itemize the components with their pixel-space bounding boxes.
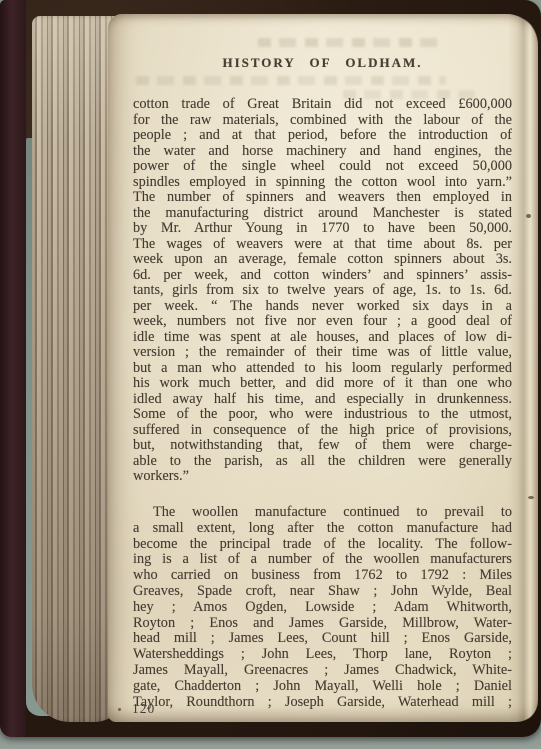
ink-speck	[118, 708, 121, 711]
text-line: able to the parish, as all the children …	[133, 454, 512, 470]
text-line: 6d. per week, and cotton winders’ and sp…	[133, 268, 512, 284]
text-line: become the principal trade of the locali…	[133, 537, 512, 553]
book-page-photo: HISTORY OF OLDHAM. cotton trade of Great…	[0, 0, 541, 749]
text-line: the manufacturing district around Manche…	[133, 206, 512, 222]
text-line: The number of spinners and weavers then …	[133, 190, 512, 206]
text-line: suffered in consequence of the high pric…	[133, 423, 512, 439]
text-line: per week. “ The hands never worked six d…	[133, 299, 512, 315]
page-number: 120	[132, 701, 155, 717]
text-line: idled away half his time, and especially…	[133, 392, 512, 408]
text-line: cotton trade of Great Britain did not ex…	[133, 97, 512, 113]
text-line: spindles employed in spinning the cotton…	[133, 175, 512, 191]
text-line: power of the single wheel could not exce…	[133, 159, 512, 175]
text-line: workers.”	[133, 469, 512, 485]
text-line: head mill ; James Lees, Count hill ; Eno…	[133, 631, 512, 647]
text-line: tants, girls from six to twelve years of…	[133, 283, 512, 299]
text-line: a small extent, long after the cotton ma…	[133, 521, 512, 537]
text-line: by Mr. Arthur Young in 1770 to have been…	[133, 221, 512, 237]
text-line: Some of the poor, who were industrious t…	[133, 407, 512, 423]
text-line: his work much better, and did more of it…	[133, 376, 512, 392]
ink-bleed-artifact	[136, 76, 446, 85]
text-line: for the raw materials, combined with the…	[133, 113, 512, 129]
text-line: week upon an average, female cotton spin…	[133, 252, 512, 268]
text-line: who carried on business from 1762 to 179…	[133, 568, 512, 584]
ink-speck	[528, 496, 534, 499]
text-line: but a man who attended to his loom regul…	[133, 361, 512, 377]
text-line: Greaves, Spade croft, near Shaw ; John W…	[133, 584, 512, 600]
text-line: Royton ; Enos and James Garside, Millbro…	[133, 616, 512, 632]
book-page: HISTORY OF OLDHAM. cotton trade of Great…	[108, 14, 538, 722]
text-line: James Mayall, Greenacres ; James Chadwic…	[133, 663, 512, 679]
text-line: The wages of weavers were at that time a…	[133, 237, 512, 253]
text-line: hey ; Amos Ogden, Lowside ; Adam Whitwor…	[133, 600, 512, 616]
body-paragraph-1: cotton trade of Great Britain did not ex…	[133, 97, 512, 485]
text-line: The woollen manufacture continued to pre…	[133, 505, 512, 521]
text-line: people ; and at that period, before the …	[133, 128, 512, 144]
text-line: week, numbers not five nor even four ; a…	[133, 314, 512, 330]
book-spine	[0, 0, 26, 737]
text-line: ing is a list of a number of the woollen…	[133, 552, 512, 568]
text-line: gate, Chadderton ; John Mayall, Welli ho…	[133, 679, 512, 695]
page-fore-edge	[508, 14, 538, 722]
text-line: but, notwithstanding that, few of them w…	[133, 438, 512, 454]
running-head: HISTORY OF OLDHAM.	[133, 55, 512, 71]
ink-bleed-artifact	[258, 38, 438, 47]
text-line: Taylor, Roundthorn ; Joseph Garside, Wat…	[133, 695, 512, 711]
text-line: idle time was spent at ale houses, and p…	[133, 330, 512, 346]
body-paragraph-2: The woollen manufacture continued to pre…	[133, 505, 512, 710]
text-line: Watersheddings ; John Lees, Thorp lane, …	[133, 647, 512, 663]
ink-speck	[526, 214, 531, 218]
text-line: version ; the remainder of their time wa…	[133, 345, 512, 361]
text-line: the water and horse machinery and hand e…	[133, 144, 512, 160]
